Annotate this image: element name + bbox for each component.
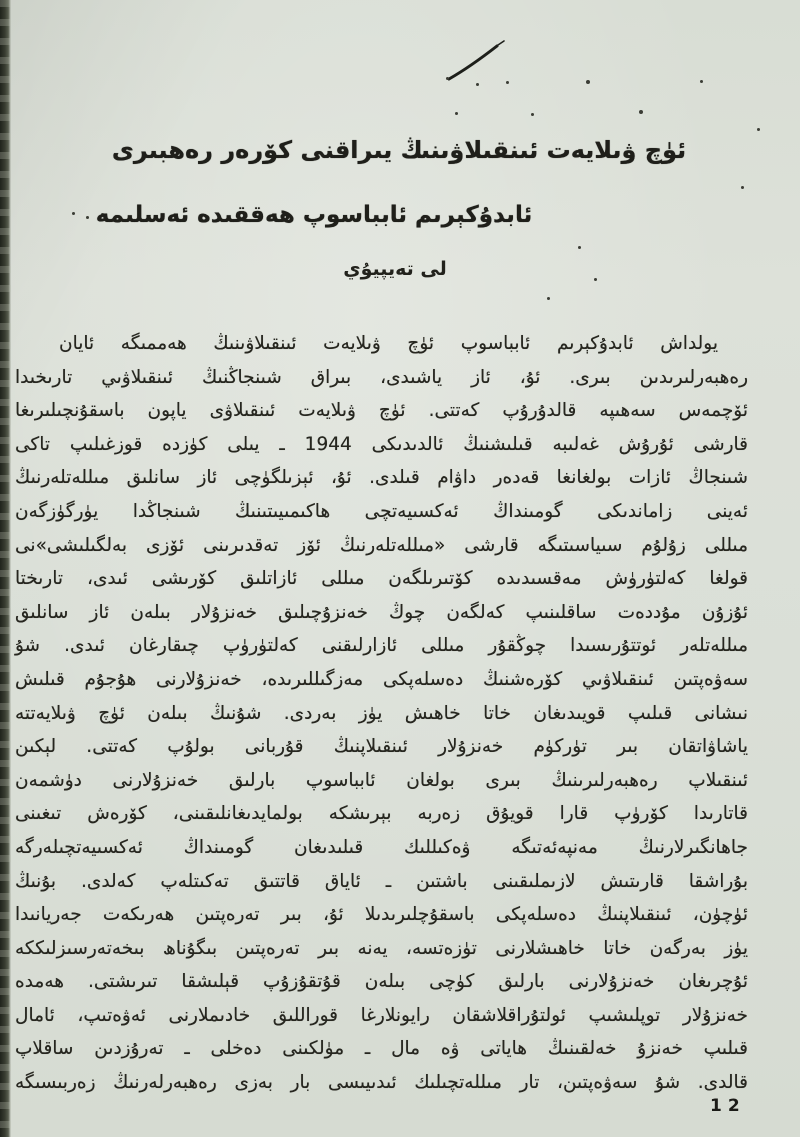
ink-dot: [757, 128, 760, 131]
document-title-line1: ئۈچ ۋىلايەت ئىنقىلاۋىنىڭ يىراقنى كۆرەر ر…: [70, 136, 728, 164]
body-line: نىشانى قىلىپ قويىدىغان خاتا خاھىش يۈز بە…: [15, 697, 748, 731]
document-title-line2: ئابدۇكېرىم ئابباسوپ ھەققىدە ئەسلىمە: [88, 202, 540, 228]
ink-dot: [639, 110, 643, 114]
body-line: قولغا كەلتۈرۈش مەقسىدىدە كۆتىرىلگەن مىلل…: [15, 562, 748, 596]
body-line: قىلىپ خەنزۇ خەلقىنىڭ ھاياتى ۋە مال ـ مۈل…: [15, 1032, 748, 1066]
ink-dot: [72, 212, 75, 215]
body-line: يۈز بەرگەن خاتا خاھىشلارنى تۈزەتسە، يەنە…: [15, 932, 748, 966]
body-line: بۇراشقا قارىتىش لازىملىقىنى باشتىن ـ ئاي…: [15, 865, 748, 899]
ink-dot: [506, 81, 509, 84]
page-number: 12: [710, 1096, 746, 1116]
body-line: ئىنقىلاپ رەھبەرلىرىنىڭ بىرى بولغان ئاببا…: [15, 764, 748, 798]
body-line: يولداش ئابدۇكېرىم ئابباسوپ ئۈچ ۋىلايەت ئ…: [15, 327, 748, 361]
body-line: قارشى ئۇرۇش غەلىبە قىلىشنىڭ ئالدىدىكى 19…: [15, 428, 748, 462]
ink-dot: [455, 112, 458, 115]
body-line: مىللەتلەر ئوتتۇرىسىدا چوڭقۇر مىللى ئازار…: [15, 629, 748, 663]
ink-dot: [578, 246, 581, 249]
body-line: قاتارىدا كۆرۈپ قارا قويۇق زەربە بېرىشكە …: [15, 797, 748, 831]
scanned-document-page: ئۈچ ۋىلايەت ئىنقىلاۋىنىڭ يىراقنى كۆرەر ر…: [0, 0, 800, 1137]
body-text: يولداش ئابدۇكېرىم ئابباسوپ ئۈچ ۋىلايەت ئ…: [15, 327, 748, 1100]
body-line: رەھبەرلىرىدىن بىرى. ئۇ، ئاز ياشىدى، بىرا…: [15, 361, 748, 395]
body-line: سەۋەپتىن ئىنقىلاۋىي كۆرەشنىڭ دەسلەپكى مە…: [15, 663, 748, 697]
body-line: شىنجاڭ ئازات بولغانغا قەدەر داۋام قىلدى.…: [15, 461, 748, 495]
body-line: مىللى زۇلۇم سىياسىتىگە قارشى «مىللەتلەرن…: [15, 529, 748, 563]
ink-dot: [586, 80, 590, 84]
ink-dot: [446, 77, 449, 80]
body-line: ئۈچۈن، ئىنقىلاپنىڭ دەسلەپكى باسقۇچلىرىدى…: [15, 898, 748, 932]
ink-dot: [547, 297, 550, 300]
body-line: ئۇزۇن مۇددەت ساقلىنىپ كەلگەن چوڭ خەنزۇچى…: [15, 596, 748, 630]
body-line: ئۆچمەس سەھىپە قالدۇرۇپ كەتتى. ئۈچ ۋىلايە…: [15, 394, 748, 428]
ink-dot: [700, 80, 703, 83]
ink-dot: [531, 113, 534, 116]
ink-dot: [741, 186, 744, 189]
ink-dot: [594, 278, 597, 281]
body-line: جاھانگىرلارنىڭ مەنپەئەتىگە ۋەكىللىك قىلى…: [15, 831, 748, 865]
scan-edge-artifact: [0, 0, 11, 1137]
body-line: ياشاۋاتقان بىر تۈركۈم خەنزۇلار ئىنقىلاپن…: [15, 730, 748, 764]
body-line: خەنزۇلار توپلىشىپ ئولتۇراقلاشقان رايونلا…: [15, 999, 748, 1033]
body-line: ئەينى زاماندىكى گومىنداڭ ئەكسىيەتچى ھاكى…: [15, 495, 748, 529]
body-line: قالدى. شۇ سەۋەپتىن، تار مىللەتچىلىك ئىدى…: [15, 1066, 748, 1100]
ink-dot: [476, 83, 479, 86]
author-byline: لى تەيپيۇي: [300, 258, 490, 280]
body-line: ئۇچرىغان خەنزۇلارنى بارلىق كۈچى بىلەن قۇ…: [15, 965, 748, 999]
pen-stroke-mark: [440, 34, 530, 94]
